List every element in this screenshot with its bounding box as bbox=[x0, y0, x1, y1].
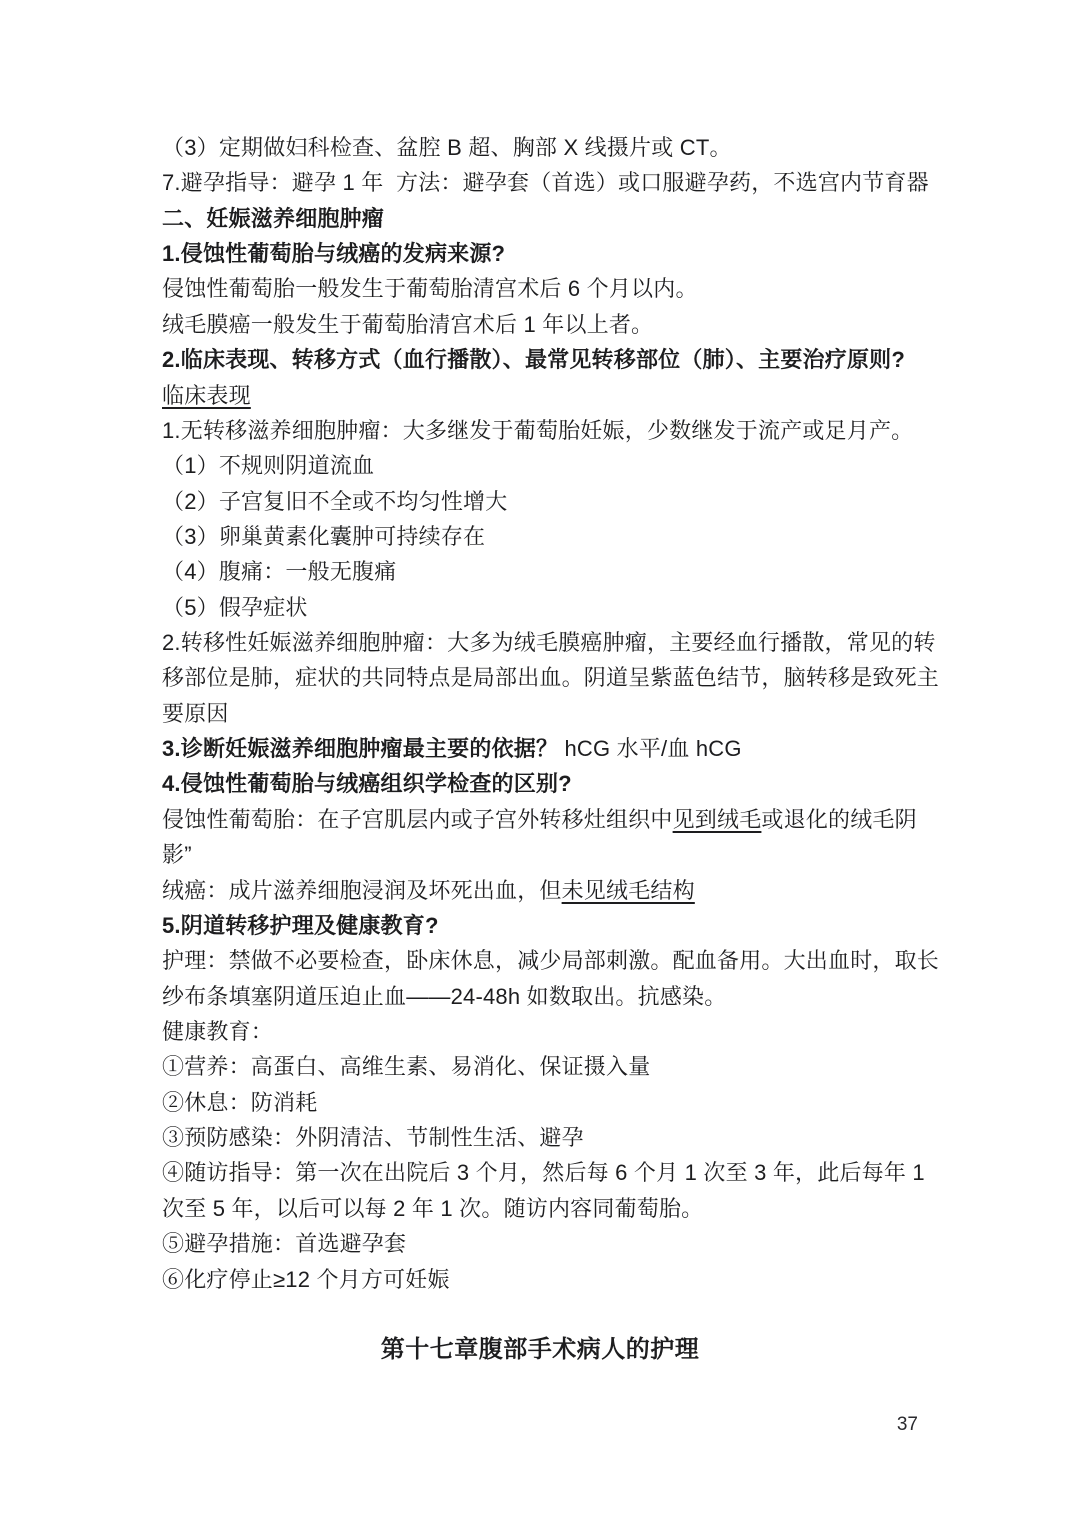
text-segment: ③预防感染：外阴清洁、节制性生活、避孕 bbox=[162, 1125, 584, 1150]
text-segment: 次至 5 年，以后可以每 2 年 1 次。随访内容同葡萄胎。 bbox=[162, 1196, 703, 1221]
text-line: 7.避孕指导：避孕 1 年 方法：避孕套（首选）或口服避孕药，不选宫内节育器 bbox=[162, 165, 922, 200]
text-line: 次至 5 年，以后可以每 2 年 1 次。随访内容同葡萄胎。 bbox=[162, 1191, 922, 1226]
text-line: 绒癌：成片滋养细胞浸润及坏死出血，但未见绒毛结构 bbox=[162, 873, 922, 908]
text-segment: ④随访指导：第一次在出院后 3 个月，然后每 6 个月 1 次至 3 年，此后每… bbox=[162, 1160, 925, 1185]
document-body: （3）定期做妇科检查、盆腔 B 超、胸部 X 线摄片或 CT。7.避孕指导：避孕… bbox=[162, 130, 922, 1297]
heading-text: 1.侵蚀性葡萄胎与绒癌的发病来源? bbox=[162, 241, 505, 266]
text-segment: hCG 水平/血 hCG bbox=[558, 736, 742, 761]
text-line: （2）子宫复旧不全或不均匀性增大 bbox=[162, 484, 922, 519]
text-line: 绒毛膜癌一般发生于葡萄胎清宫术后 1 年以上者。 bbox=[162, 307, 922, 342]
text-line: 3.诊断妊娠滋养细胞肿瘤最主要的依据？ hCG 水平/血 hCG bbox=[162, 731, 922, 766]
text-segment: 7.避孕指导：避孕 1 年 方法：避孕套（首选）或口服避孕药，不选宫内节育器 bbox=[162, 170, 929, 195]
text-line: 4.侵蚀性葡萄胎与绒癌组织学检查的区别? bbox=[162, 766, 922, 801]
text-segment: （3）定期做妇科检查、盆腔 B 超、胸部 X 线摄片或 CT。 bbox=[162, 135, 732, 160]
text-segment: ①营养：高蛋白、高维生素、易消化、保证摄入量 bbox=[162, 1054, 650, 1079]
underlined-text: 未见绒毛结构 bbox=[562, 878, 695, 903]
text-segment: 移部位是肺，症状的共同特点是局部出血。阴道呈紫蓝色结节，脑转移是致死主 bbox=[162, 665, 939, 690]
text-line: ⑥化疗停止≥12 个月方可妊娠 bbox=[162, 1262, 922, 1297]
text-line: 二、妊娠滋养细胞肿瘤 bbox=[162, 201, 922, 236]
text-segment: 绒毛膜癌一般发生于葡萄胎清宫术后 1 年以上者。 bbox=[162, 312, 653, 337]
text-line: 2.临床表现、转移方式（血行播散）、最常见转移部位（肺）、主要治疗原则? bbox=[162, 342, 922, 377]
text-segment: （1）不规则阴道流血 bbox=[162, 453, 374, 478]
text-segment: 健康教育： bbox=[162, 1019, 273, 1044]
text-line: 2.转移性妊娠滋养细胞肿瘤：大多为绒毛膜癌肿瘤，主要经血行播散，常见的转 bbox=[162, 625, 922, 660]
document-page: （3）定期做妇科检查、盆腔 B 超、胸部 X 线摄片或 CT。7.避孕指导：避孕… bbox=[0, 0, 1080, 1527]
text-segment: （5）假孕症状 bbox=[162, 595, 308, 620]
text-segment: （4）腹痛：一般无腹痛 bbox=[162, 559, 396, 584]
text-line: （4）腹痛：一般无腹痛 bbox=[162, 554, 922, 589]
heading-text: 3.诊断妊娠滋养细胞肿瘤最主要的依据？ bbox=[162, 736, 558, 761]
text-segment: 影” bbox=[162, 842, 192, 867]
text-line: 侵蚀性葡萄胎：在子宫肌层内或子宫外转移灶组织中见到绒毛或退化的绒毛阴 bbox=[162, 802, 922, 837]
text-line: （5）假孕症状 bbox=[162, 590, 922, 625]
text-segment: ⑥化疗停止≥12 个月方可妊娠 bbox=[162, 1267, 450, 1292]
text-line: 要原因 bbox=[162, 696, 922, 731]
text-line: （3）定期做妇科检查、盆腔 B 超、胸部 X 线摄片或 CT。 bbox=[162, 130, 922, 165]
text-line: 健康教育： bbox=[162, 1014, 922, 1049]
text-line: ③预防感染：外阴清洁、节制性生活、避孕 bbox=[162, 1120, 922, 1155]
text-line: （1）不规则阴道流血 bbox=[162, 448, 922, 483]
text-line: 1.无转移滋养细胞肿瘤：大多继发于葡萄胎妊娠，少数继发于流产或足月产。 bbox=[162, 413, 922, 448]
page-number: 37 bbox=[897, 1413, 918, 1437]
text-line: 纱布条填塞阴道压迫止血——24-48h 如数取出。抗感染。 bbox=[162, 979, 922, 1014]
text-line: 移部位是肺，症状的共同特点是局部出血。阴道呈紫蓝色结节，脑转移是致死主 bbox=[162, 660, 922, 695]
text-segment: 侵蚀性葡萄胎一般发生于葡萄胎清宫术后 6 个月以内。 bbox=[162, 276, 698, 301]
text-segment: 2.转移性妊娠滋养细胞肿瘤：大多为绒毛膜癌肿瘤，主要经血行播散，常见的转 bbox=[162, 630, 936, 655]
text-segment: 或退化的绒毛阴 bbox=[761, 807, 916, 832]
text-segment: ②休息：防消耗 bbox=[162, 1090, 317, 1115]
text-segment: （2）子宫复旧不全或不均匀性增大 bbox=[162, 489, 507, 514]
text-segment: 纱布条填塞阴道压迫止血——24-48h 如数取出。抗感染。 bbox=[162, 984, 726, 1009]
underlined-text: 临床表现 bbox=[162, 383, 251, 408]
text-line: ④随访指导：第一次在出院后 3 个月，然后每 6 个月 1 次至 3 年，此后每… bbox=[162, 1155, 922, 1190]
text-segment: 1.无转移滋养细胞肿瘤：大多继发于葡萄胎妊娠，少数继发于流产或足月产。 bbox=[162, 418, 913, 443]
text-segment: 要原因 bbox=[162, 701, 229, 726]
text-line: ②休息：防消耗 bbox=[162, 1085, 922, 1120]
text-line: 5.阴道转移护理及健康教育? bbox=[162, 908, 922, 943]
text-line: 临床表现 bbox=[162, 378, 922, 413]
heading-text: 5.阴道转移护理及健康教育? bbox=[162, 913, 439, 938]
text-segment: 侵蚀性葡萄胎：在子宫肌层内或子宫外转移灶组织中 bbox=[162, 807, 673, 832]
text-line: 侵蚀性葡萄胎一般发生于葡萄胎清宫术后 6 个月以内。 bbox=[162, 271, 922, 306]
underlined-text: 见到绒毛 bbox=[673, 807, 762, 832]
text-segment: 绒癌：成片滋养细胞浸润及坏死出血，但 bbox=[162, 878, 562, 903]
text-line: 1.侵蚀性葡萄胎与绒癌的发病来源? bbox=[162, 236, 922, 271]
heading-text: 4.侵蚀性葡萄胎与绒癌组织学检查的区别? bbox=[162, 771, 572, 796]
text-line: ①营养：高蛋白、高维生素、易消化、保证摄入量 bbox=[162, 1049, 922, 1084]
text-segment: 护理：禁做不必要检查，卧床休息，减少局部刺激。配血备用。大出血时，取长 bbox=[162, 948, 939, 973]
text-line: 影” bbox=[162, 837, 922, 872]
heading-text: 二、妊娠滋养细胞肿瘤 bbox=[162, 206, 384, 231]
text-line: （3）卵巢黄素化囊肿可持续存在 bbox=[162, 519, 922, 554]
chapter-heading: 第十七章腹部手术病人的护理 bbox=[0, 1332, 1080, 1368]
text-line: ⑤避孕措施：首选避孕套 bbox=[162, 1226, 922, 1261]
text-segment: （3）卵巢黄素化囊肿可持续存在 bbox=[162, 524, 485, 549]
heading-text: 2.临床表现、转移方式（血行播散）、最常见转移部位（肺）、主要治疗原则? bbox=[162, 347, 905, 372]
text-segment: ⑤避孕措施：首选避孕套 bbox=[162, 1231, 406, 1256]
text-line: 护理：禁做不必要检查，卧床休息，减少局部刺激。配血备用。大出血时，取长 bbox=[162, 943, 922, 978]
